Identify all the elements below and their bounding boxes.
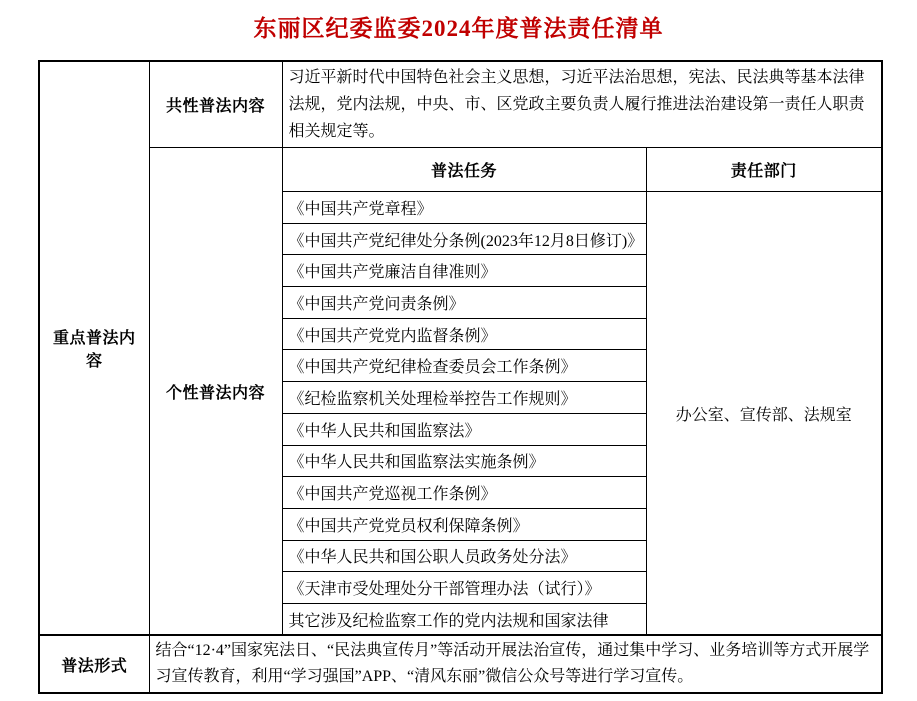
task-cell: 《中国共产党党员权利保障条例》: [282, 508, 646, 540]
individual-content-label-cell: 个性普法内容: [149, 148, 282, 636]
key-content-label-cell: 重点普法内容: [39, 61, 149, 635]
task-cell: 其它涉及纪检监察工作的党内法规和国家法律: [282, 603, 646, 635]
task-cell: 《中华人民共和国公职人员政务处分法》: [282, 540, 646, 572]
table-row: 重点普法内容 共性普法内容 习近平新时代中国特色社会主义思想，习近平法治思想，宪…: [39, 61, 882, 148]
common-content-text-cell: 习近平新时代中国特色社会主义思想，习近平法治思想，宪法、民法典等基本法律法规，党…: [282, 61, 882, 148]
task-cell: 《中国共产党巡视工作条例》: [282, 477, 646, 509]
task-cell: 《纪检监察机关处理检举控告工作规则》: [282, 382, 646, 414]
column-header-department: 责任部门: [646, 148, 882, 192]
task-cell: 《中国共产党章程》: [282, 192, 646, 224]
task-cell: 《中国共产党纪律处分条例(2023年12月8日修订)》: [282, 223, 646, 255]
task-cell: 《中国共产党党内监督条例》: [282, 318, 646, 350]
document-page: 东丽区纪委监委2024年度普法责任清单 重点普法内容 共性普法内容 习近平新时代…: [0, 0, 917, 701]
task-cell: 《中华人民共和国监察法》: [282, 413, 646, 445]
task-cell: 《中华人民共和国监察法实施条例》: [282, 445, 646, 477]
common-content-label-cell: 共性普法内容: [149, 61, 282, 148]
page-title: 东丽区纪委监委2024年度普法责任清单: [0, 12, 917, 46]
task-cell: 《中国共产党问责条例》: [282, 287, 646, 319]
department-value-cell: 办公室、宣传部、法规室: [646, 192, 882, 636]
task-cell: 《天津市受处理处分干部管理办法（试行）》: [282, 572, 646, 604]
task-cell: 《中国共产党纪律检查委员会工作条例》: [282, 350, 646, 382]
column-header-task: 普法任务: [282, 148, 646, 192]
responsibility-table: 重点普法内容 共性普法内容 习近平新时代中国特色社会主义思想，习近平法治思想，宪…: [38, 60, 883, 694]
form-label-cell: 普法形式: [39, 635, 149, 693]
table-row-form: 普法形式 结合“12·4”国家宪法日、“民法典宣传月”等活动开展法治宣传，通过集…: [39, 635, 882, 693]
table-header-row: 个性普法内容 普法任务 责任部门: [39, 148, 882, 192]
form-content-cell: 结合“12·4”国家宪法日、“民法典宣传月”等活动开展法治宣传，通过集中学习、业…: [149, 635, 882, 693]
task-cell: 《中国共产党廉洁自律准则》: [282, 255, 646, 287]
